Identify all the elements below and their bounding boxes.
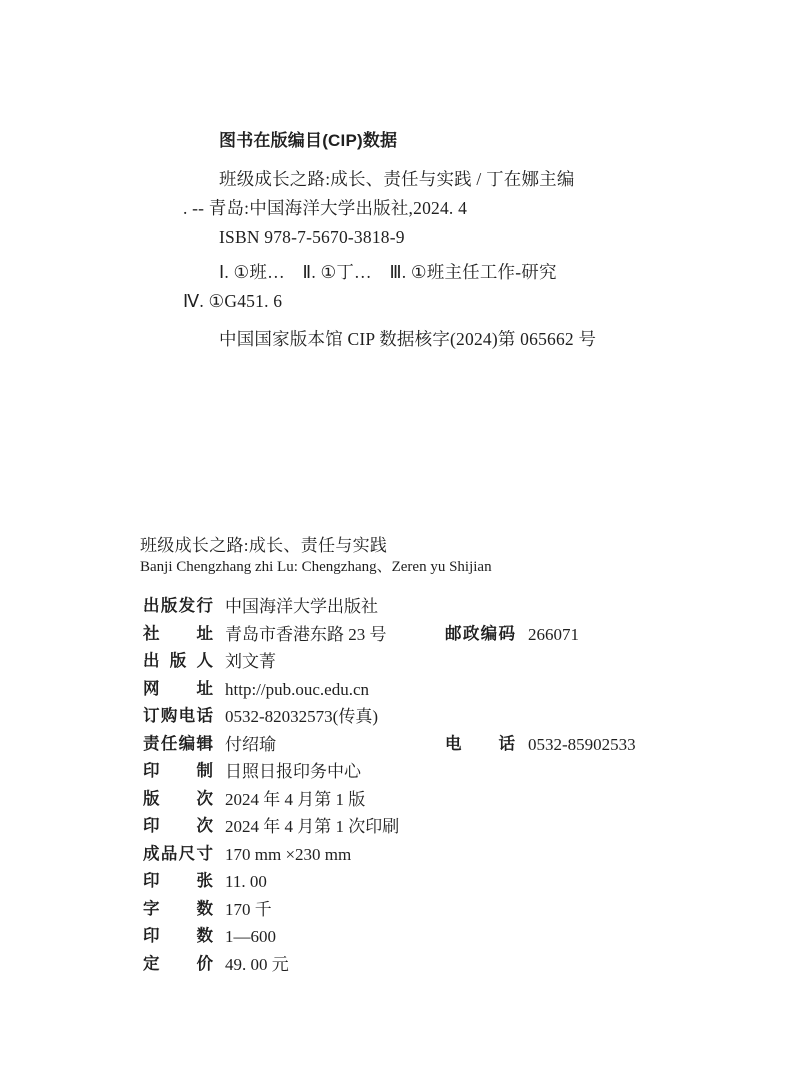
row-order-phone-label: 订购电话 <box>143 703 213 731</box>
cip-isbn-line: ISBN 978-7-5670-3818-9 <box>183 223 683 252</box>
row-size-value: 170 mm ×230 mm <box>225 841 351 869</box>
row-publisher-person-value: 刘文菁 <box>225 648 276 676</box>
row-publisher-person-label: 出版人 <box>143 648 213 676</box>
row-website-value: http://pub.ouc.edu.cn <box>225 676 369 704</box>
row-price: 定价 49. 00 元 <box>140 951 740 979</box>
row-print-run-label: 印数 <box>143 923 213 951</box>
row-print-run-value: 1—600 <box>225 923 276 951</box>
colophon-block: 班级成长之路:成长、责任与实践 Banji Chengzhang zhi Lu:… <box>140 534 740 978</box>
row-postcode-value: 266071 <box>528 621 579 649</box>
row-size-label: 成品尺寸 <box>143 841 213 869</box>
row-order-phone: 订购电话 0532-82032573(传真) <box>140 703 740 731</box>
row-phone-label: 电话 <box>445 731 515 759</box>
book-title-cn: 班级成长之路:成长、责任与实践 <box>140 534 740 557</box>
row-order-phone-value: 0532-82032573(传真) <box>225 703 378 731</box>
row-word-count-value: 170 千 <box>225 896 272 924</box>
row-sheets-label: 印张 <box>143 868 213 896</box>
row-phone-value: 0532-85902533 <box>528 731 636 759</box>
row-sheets-value: 11. 00 <box>225 868 267 896</box>
row-address-value: 青岛市香港东路 23 号 <box>225 621 387 649</box>
cip-heading: 图书在版编目(CIP)数据 <box>183 126 683 155</box>
row-publisher-label: 出版发行 <box>143 593 213 621</box>
row-word-count: 字数 170 千 <box>140 896 740 924</box>
cip-publisher-line: . -- 青岛:中国海洋大学出版社,2024. 4 <box>183 194 683 223</box>
row-editor-label: 责任编辑 <box>143 731 213 759</box>
row-printer-value: 日照日报印务中心 <box>225 758 361 786</box>
row-impression: 印次 2024 年 4 月第 1 次印刷 <box>140 813 740 841</box>
row-impression-label: 印次 <box>143 813 213 841</box>
row-print-run: 印数 1—600 <box>140 923 740 951</box>
row-address: 社址 青岛市香港东路 23 号 邮政编码 266071 <box>140 621 740 649</box>
row-publisher-value: 中国海洋大学出版社 <box>225 593 378 621</box>
cip-subject-line-2: Ⅳ. ①G451. 6 <box>183 287 683 316</box>
row-website: 网址 http://pub.ouc.edu.cn <box>140 676 740 704</box>
row-sheets: 印张 11. 00 <box>140 868 740 896</box>
cip-subject-line-1: Ⅰ. ①班… Ⅱ. ①丁… Ⅲ. ①班主任工作-研究 <box>183 258 683 287</box>
cip-block: 图书在版编目(CIP)数据 班级成长之路:成长、责任与实践 / 丁在娜主编 . … <box>183 126 683 354</box>
row-price-label: 定价 <box>143 951 213 979</box>
row-publisher-person: 出版人 刘文菁 <box>140 648 740 676</box>
row-editor: 责任编辑 付绍瑜 电话 0532-85902533 <box>140 731 740 759</box>
row-postcode-label: 邮政编码 <box>445 621 515 649</box>
row-impression-value: 2024 年 4 月第 1 次印刷 <box>225 813 399 841</box>
row-publisher: 出版发行 中国海洋大学出版社 <box>140 593 740 621</box>
row-word-count-label: 字数 <box>143 896 213 924</box>
row-address-label: 社址 <box>143 621 213 649</box>
row-editor-value: 付绍瑜 <box>225 731 276 759</box>
row-website-label: 网址 <box>143 676 213 704</box>
cip-title-line: 班级成长之路:成长、责任与实践 / 丁在娜主编 <box>183 165 683 194</box>
row-printer: 印制 日照日报印务中心 <box>140 758 740 786</box>
row-size: 成品尺寸 170 mm ×230 mm <box>140 841 740 869</box>
colophon-rows: 出版发行 中国海洋大学出版社 社址 青岛市香港东路 23 号 邮政编码 2660… <box>140 593 740 978</box>
book-title-pinyin: Banji Chengzhang zhi Lu: Chengzhang、Zere… <box>140 557 740 577</box>
row-printer-label: 印制 <box>143 758 213 786</box>
row-edition-label: 版次 <box>143 786 213 814</box>
row-price-value: 49. 00 元 <box>225 951 289 979</box>
row-edition-value: 2024 年 4 月第 1 版 <box>225 786 365 814</box>
cip-record-line: 中国国家版本馆 CIP 数据核字(2024)第 065662 号 <box>183 325 683 354</box>
row-edition: 版次 2024 年 4 月第 1 版 <box>140 786 740 814</box>
copyright-page: 图书在版编目(CIP)数据 班级成长之路:成长、责任与实践 / 丁在娜主编 . … <box>0 0 799 1073</box>
